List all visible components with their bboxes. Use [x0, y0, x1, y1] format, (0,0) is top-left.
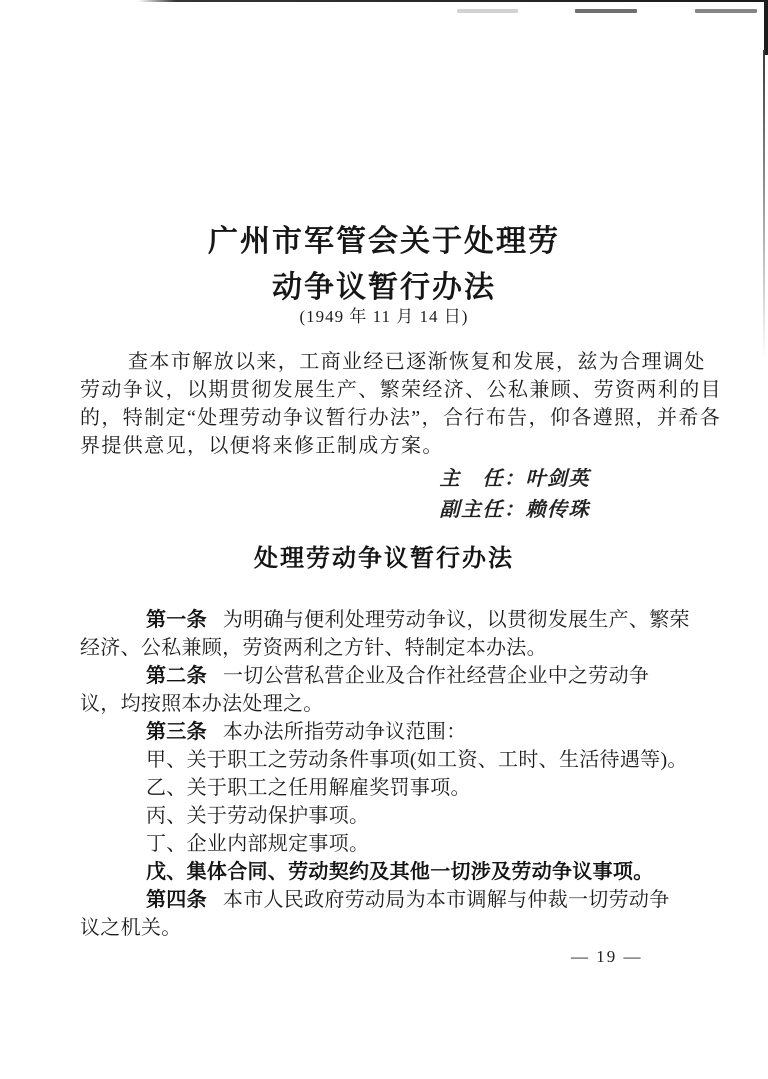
- scanned-page: 广州市军管会关于处理劳动争议暂行办法 (1949 年 11 月 14 日) 查本…: [0, 0, 768, 1079]
- document-title-line-1: 广州市军管会关于处理劳: [0, 219, 768, 265]
- article-3-item-jia: 甲、关于职工之劳动条件事项(如工资、工时、生活待遇等)。: [80, 746, 740, 774]
- article-1-number: 第一条: [146, 609, 207, 631]
- article-4-text: 本市人民政府劳动局为本市调解与仲裁一切劳动争: [223, 889, 670, 911]
- scan-artifact-dash-2: [575, 9, 637, 13]
- preamble-line-2: 劳动争议，以期贯彻发展生产、繁荣经济、公私兼顾、劳资两利的目: [80, 376, 720, 404]
- article-1-line-1: 第一条为明确与便利处理劳动争议，以贯彻发展生产、繁荣: [80, 606, 740, 634]
- scan-artifact-dash-3: [695, 9, 757, 13]
- signature-line-deputy-director: 副主任：赖传珠: [440, 495, 591, 526]
- document-title-line-2: 动争议暂行办法: [0, 265, 768, 311]
- section-heading: 处理劳动争议暂行办法: [0, 545, 768, 573]
- article-1-text: 为明确与便利处理劳动争议，以贯彻发展生产、繁荣: [223, 609, 690, 631]
- article-3-line-1: 第三条本办法所指劳动争议范围：: [80, 718, 740, 746]
- article-3-item-ding: 丁、企业内部规定事项。: [80, 830, 740, 858]
- article-3-item-yi: 乙、关于职工之任用解雇奖罚事项。: [80, 774, 740, 802]
- article-2-line-1: 第二条一切公营私营企业及合作社经营企业中之劳动争: [80, 662, 740, 690]
- article-4-number: 第四条: [146, 889, 207, 911]
- article-4-line-2: 议之机关。: [80, 914, 740, 942]
- preamble-line-1: 查本市解放以来，工商业经已逐渐恢复和发展，兹为合理调处: [80, 348, 720, 376]
- scan-artifact-top-edge-line: [138, 0, 768, 2]
- article-3-item-wu: 戊、集体合同、劳动契约及其他一切涉及劳动争议事项。: [80, 858, 740, 886]
- article-2-number: 第二条: [146, 665, 207, 687]
- article-3-item-bing: 丙、关于劳动保护事项。: [80, 802, 740, 830]
- page-number: — 19 —: [571, 947, 643, 967]
- article-3-number: 第三条: [146, 721, 207, 743]
- article-3-text: 本办法所指劳动争议范围：: [223, 721, 467, 743]
- scan-artifact-dash-1: [457, 9, 518, 13]
- article-2-text: 一切公营私营企业及合作社经营企业中之劳动争: [223, 665, 649, 687]
- document-title: 广州市军管会关于处理劳动争议暂行办法: [0, 219, 768, 311]
- article-1-line-2: 经济、公私兼顾，劳资两利之方针、特制定本办法。: [80, 634, 740, 662]
- article-2-line-2: 议，均按照本办法处理之。: [80, 690, 740, 718]
- document-date: (1949 年 11 月 14 日): [0, 307, 768, 327]
- signature-block: 主 任：叶剑英副主任：赖传珠: [440, 464, 591, 526]
- article-4-line-1: 第四条本市人民政府劳动局为本市调解与仲裁一切劳动争: [80, 886, 740, 914]
- preamble-line-3: 的，特制定“处理劳动争议暂行办法”，合行布告，仰各遵照，并希各: [80, 404, 720, 432]
- preamble: 查本市解放以来，工商业经已逐渐恢复和发展，兹为合理调处劳动争议，以期贯彻发展生产…: [80, 348, 720, 460]
- articles-body: 第一条为明确与便利处理劳动争议，以贯彻发展生产、繁荣 经济、公私兼顾，劳资两利之…: [80, 606, 740, 942]
- preamble-line-4: 界提供意见，以便将来修正制成方案。: [80, 432, 720, 460]
- signature-line-director: 主 任：叶剑英: [440, 464, 591, 495]
- scan-artifact-corner-bar: [764, 0, 768, 55]
